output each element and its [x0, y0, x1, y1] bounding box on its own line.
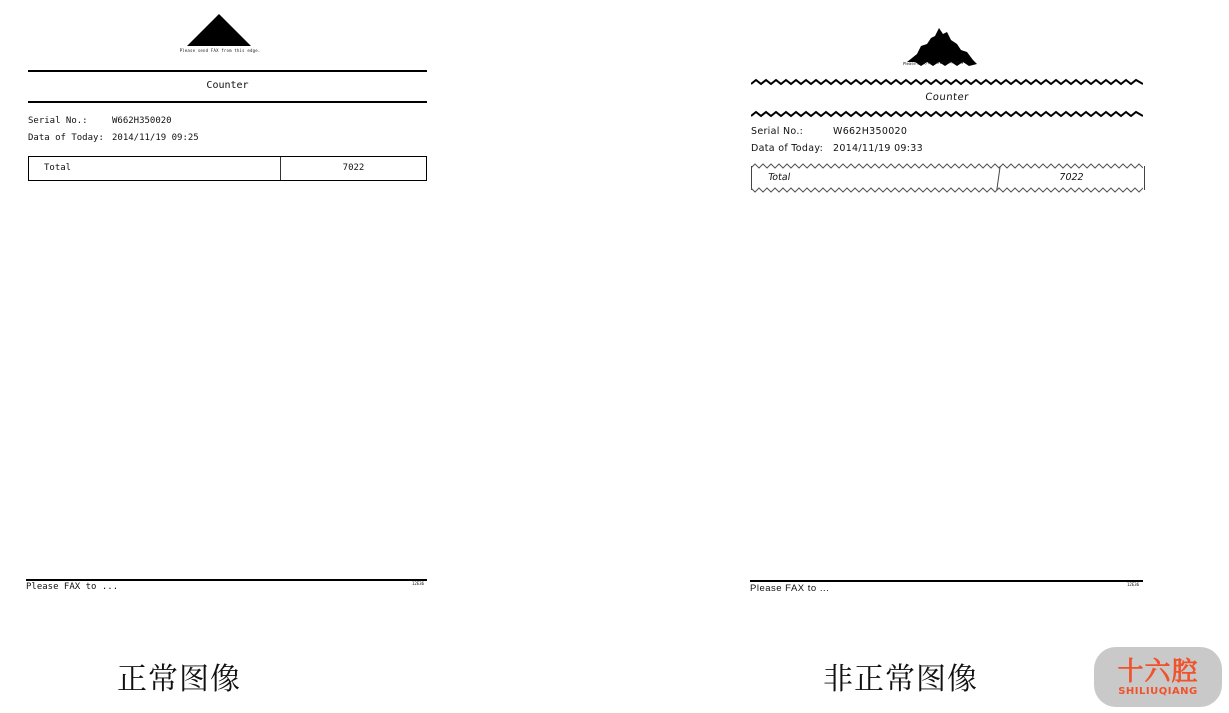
date-value: 2014/11/19 09:33	[833, 143, 923, 154]
date-value: 2014/11/19 09:25	[112, 133, 199, 143]
total-label: Total	[29, 157, 281, 180]
caption-abnormal-image: 非正常图像	[823, 654, 978, 698]
serial-value: W662H350020	[833, 126, 907, 137]
footer-text: Please FAX to ...	[750, 583, 829, 594]
header-rule-bottom-wavy	[751, 109, 1143, 119]
footer-text: Please FAX to ...	[26, 582, 118, 592]
serial-label: Serial No.:	[28, 116, 88, 126]
date-label: Data of Today:	[751, 143, 823, 154]
footer-rule	[750, 580, 1143, 582]
page-title: Counter	[750, 92, 1143, 103]
total-table: Total 7022	[28, 156, 427, 181]
triangle-edge-marker-icon	[187, 14, 251, 46]
abnormal-fax-page: Please send FAX from this edge. Counter …	[735, 0, 1165, 610]
table-bottom-border-wavy	[751, 186, 1143, 194]
edge-note: Please send FAX from this edge.	[150, 48, 290, 53]
watermark-text-cn: 十六腔	[1117, 658, 1198, 686]
footer-rule	[26, 579, 427, 581]
date-label: Data of Today:	[28, 133, 104, 143]
watermark-logo: 十六腔 SHILIUQIANG	[1094, 647, 1222, 707]
page-title: Counter	[28, 80, 427, 91]
header-rule-top-wavy	[751, 77, 1143, 87]
normal-fax-page: Please send FAX from this edge. Counter …	[0, 0, 450, 610]
header-rule-bottom	[28, 101, 427, 103]
footer-code: 12E36	[1127, 582, 1139, 587]
header-rule-top	[28, 70, 427, 72]
caption-normal-image: 正常图像	[117, 654, 241, 698]
total-value: 7022	[281, 157, 426, 180]
footer-code: 12E36	[412, 581, 424, 586]
serial-label: Serial No.:	[751, 126, 803, 137]
serial-value: W662H350020	[112, 116, 172, 126]
watermark-text-en: SHILIUQIANG	[1118, 686, 1198, 697]
